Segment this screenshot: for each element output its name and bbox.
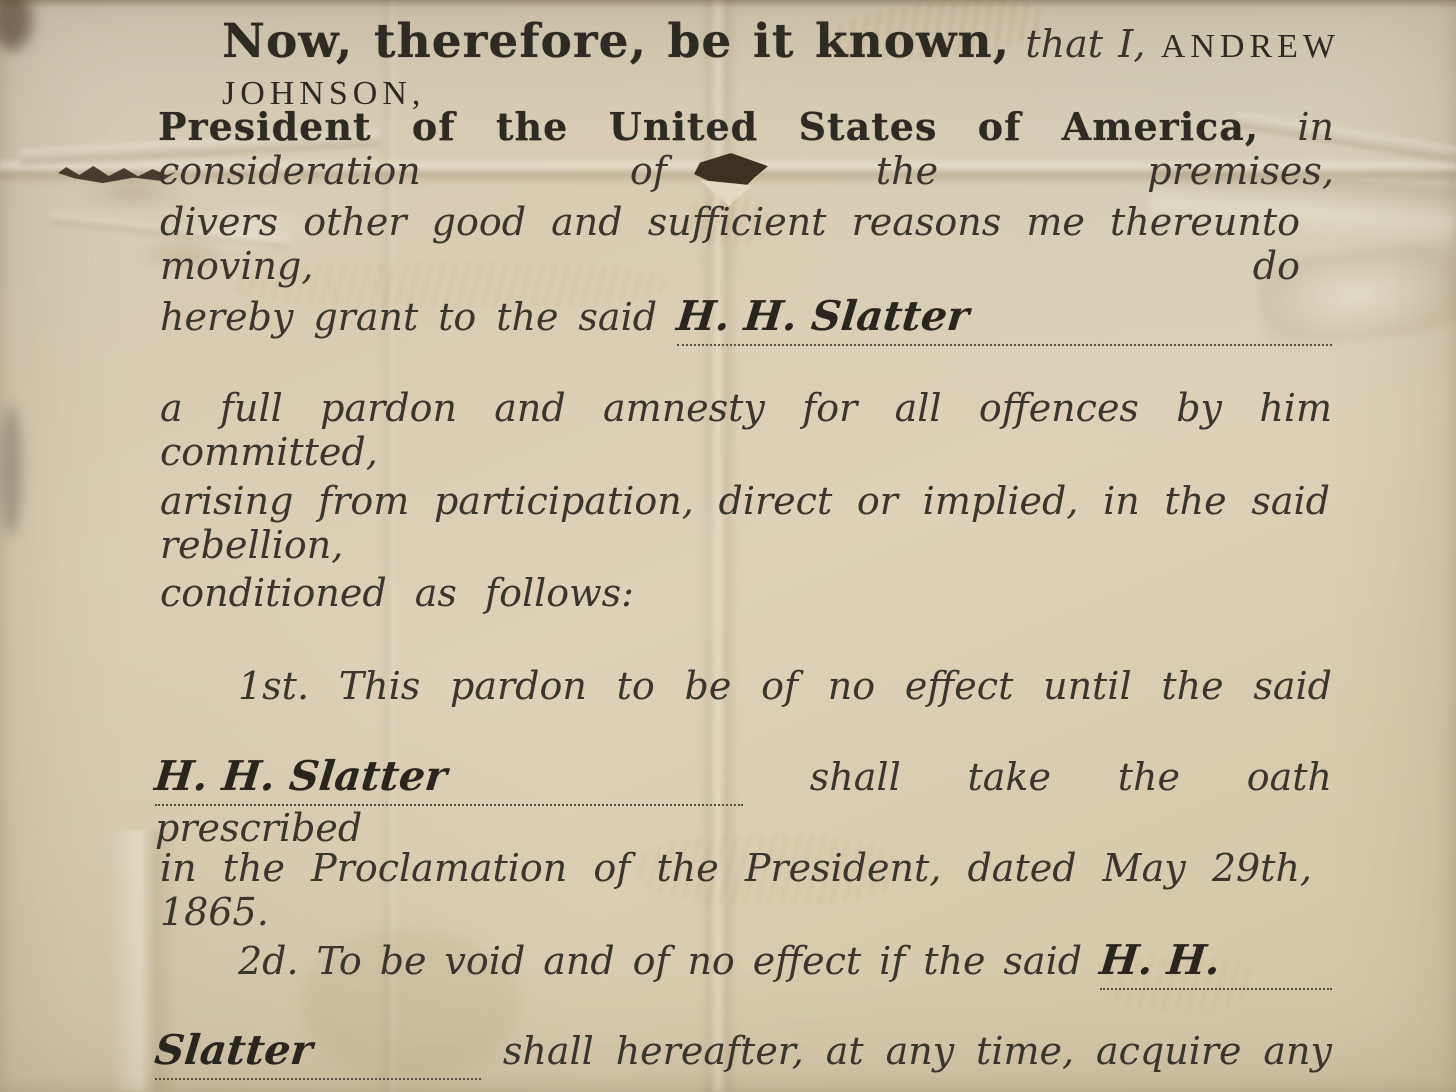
conditions-intro-line: conditioned as follows: <box>160 571 1060 615</box>
name-blank: H. H. <box>1100 936 1332 990</box>
condition-first-line: 1st. This pardon to be of no effect unti… <box>238 664 1332 708</box>
condition-number: 2d. <box>238 939 299 983</box>
script-phrase: hereby grant to the said <box>160 295 657 339</box>
body-text-line: divers other good and sufficient reasons… <box>160 200 1300 288</box>
blackletter-phrase: President of the United States of Americ… <box>158 104 1259 149</box>
script-phrase: To be void and of no effect if the said <box>317 939 1083 983</box>
handwritten-name: H. H. Slatter <box>674 292 971 340</box>
handwritten-name: H. H. <box>1097 936 1222 984</box>
corner-shadow <box>0 0 32 50</box>
name-blank: Slatter <box>155 1026 481 1080</box>
grant-line: hereby grant to the said H. H. Slatter <box>160 292 1332 346</box>
top-edge-shadow <box>0 0 1456 8</box>
script-phrase: shall hereafter, at any time, acquire an… <box>503 1029 1332 1073</box>
proclamation-date-line: in the Proclamation of the President, da… <box>160 846 1312 934</box>
pardon-document-page: Now, therefore, be it known, that I, AND… <box>0 0 1456 1092</box>
body-text-line: a full pardon and amnesty for all offenc… <box>160 386 1332 474</box>
name-blank: H. H. Slatter <box>677 292 1332 346</box>
script-phrase: This pardon to be of no effect until the… <box>339 664 1332 708</box>
handwritten-name: Slatter <box>152 1026 314 1074</box>
condition-second-line: 2d. To be void and of no effect if the s… <box>238 936 1332 990</box>
blackletter-phrase: Now, therefore, be it known, <box>222 14 1010 69</box>
president-title-line: President of the United States of Americ… <box>158 104 1334 193</box>
acquire-line: Slatter shall hereafter, at any time, ac… <box>155 1026 1332 1080</box>
body-text-line: arising from participation, direct or im… <box>160 479 1330 567</box>
script-phrase: that I, <box>1025 22 1145 66</box>
oath-line: H. H. Slatter shall take the oath prescr… <box>155 752 1332 850</box>
handwritten-name: H. H. Slatter <box>152 752 449 800</box>
name-blank: H. H. Slatter <box>155 752 743 806</box>
opening-proclamation-line: Now, therefore, be it known, that I, AND… <box>222 14 1340 113</box>
edge-smudge <box>0 405 22 535</box>
condition-number: 1st. <box>238 664 309 708</box>
